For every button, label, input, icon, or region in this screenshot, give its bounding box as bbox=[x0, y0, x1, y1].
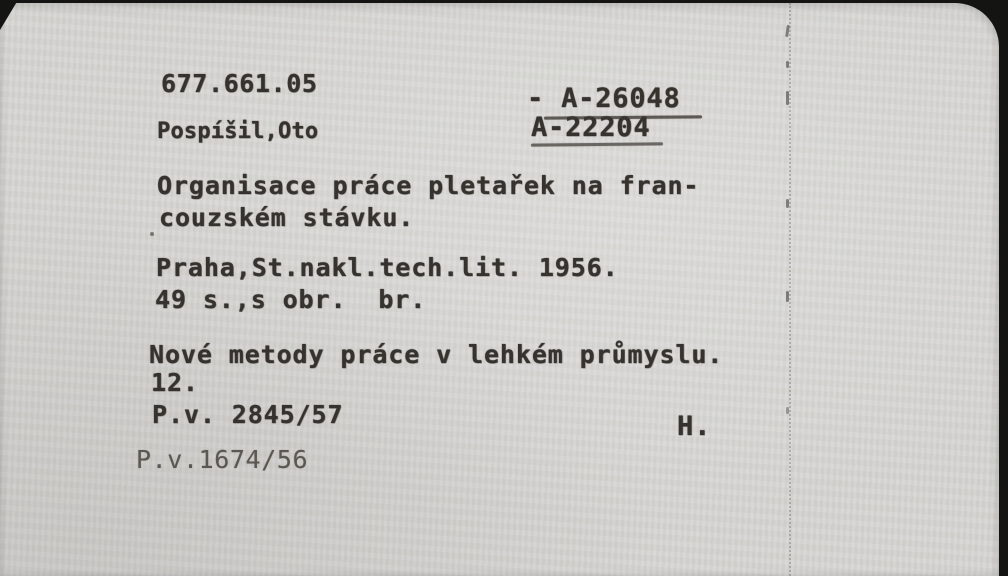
crease-ink-mark bbox=[786, 61, 789, 68]
cataloguer-initial: H. bbox=[677, 411, 711, 442]
ink-speck bbox=[150, 232, 154, 236]
series-number-line: 12. bbox=[151, 368, 199, 397]
crease-ink-mark bbox=[786, 291, 789, 302]
scanned-photo: 677.661.05 Pospíšil,Oto - A-26048 A-2220… bbox=[0, 0, 1008, 576]
imprint-line: Praha,St.nakl.tech.lit. 1956. bbox=[156, 253, 619, 282]
vertical-crease-line bbox=[789, 3, 791, 576]
title-line-1: Organisace práce pletařek na fran- bbox=[157, 171, 699, 200]
record-number-typed: P.v. 2845/57 bbox=[152, 400, 343, 429]
crease-ink-mark bbox=[786, 407, 789, 414]
accession-number-primary: - A-26048 bbox=[527, 83, 681, 114]
accession-underline bbox=[531, 142, 663, 146]
crease-ink-mark bbox=[786, 199, 789, 208]
classification-number: 677.661.05 bbox=[161, 69, 318, 98]
crease-ink-mark bbox=[786, 91, 789, 105]
catalog-card: 677.661.05 Pospíšil,Oto - A-26048 A-2220… bbox=[0, 3, 999, 576]
series-title-line: Nové metody práce v lehkém průmyslu. bbox=[149, 340, 723, 369]
record-number-stamped: P.v.1674/56 bbox=[136, 445, 308, 474]
collation-line: 49 s.,s obr. br. bbox=[155, 285, 426, 314]
author-name: Pospíšil,Oto bbox=[157, 119, 318, 144]
title-line-2: couzském stávku. bbox=[159, 203, 414, 232]
